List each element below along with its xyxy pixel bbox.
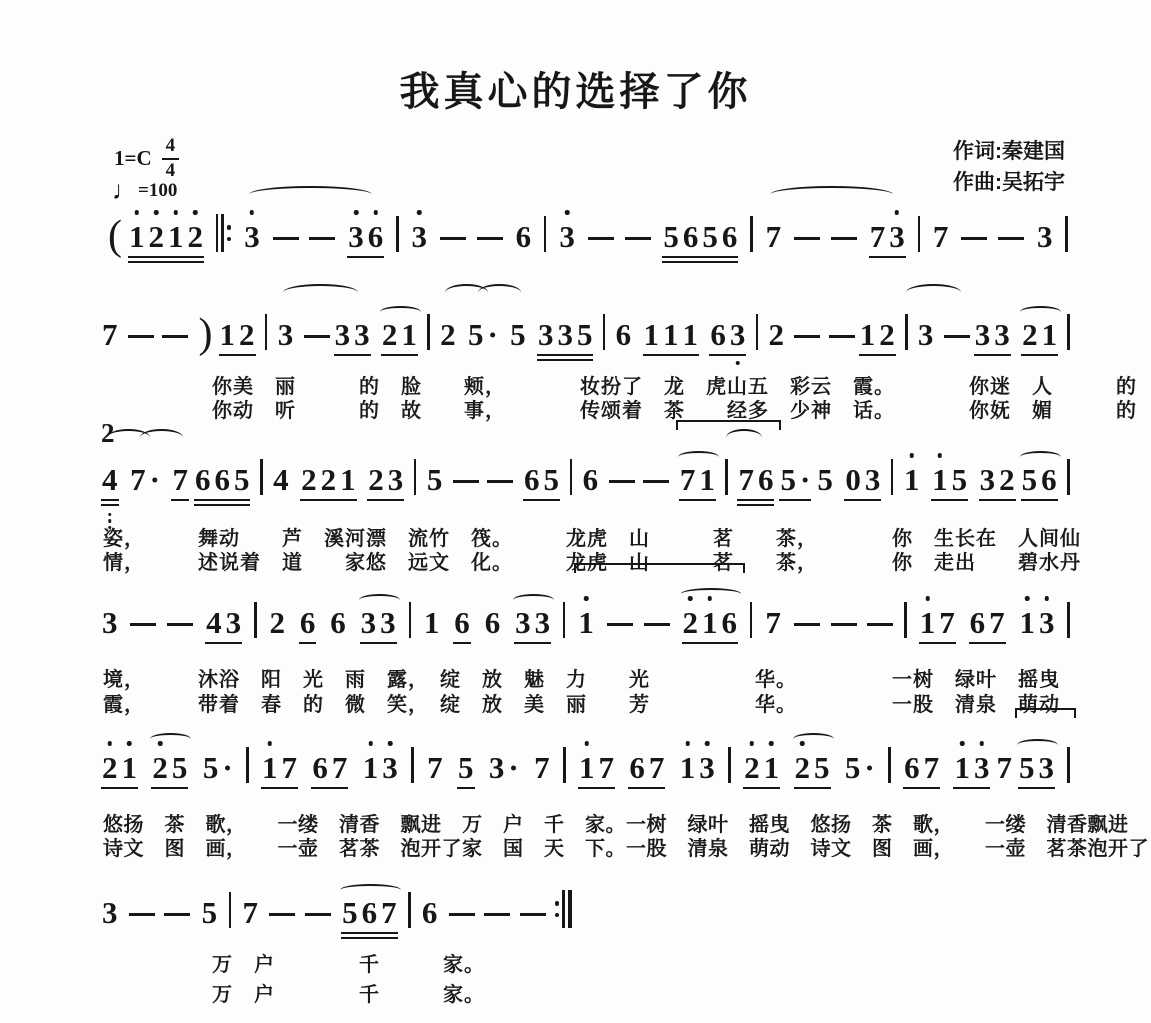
slur-arc (681, 588, 742, 600)
barline (1067, 747, 1070, 783)
octave-dot-above (267, 741, 272, 746)
dash-extension (162, 335, 188, 339)
note-group: 25 (150, 752, 189, 783)
note-group: 3 (410, 221, 430, 252)
barline (414, 459, 417, 495)
slur-arc (150, 733, 191, 745)
lyrics-verse2-line5: 万 户 千 家。 (212, 978, 485, 1007)
note-group: 21 (380, 319, 419, 350)
slur-arc (380, 306, 421, 318)
credits: 作词:秦建国 作曲:吴拓宇 (953, 136, 1065, 198)
slur-arc (513, 594, 554, 606)
slur (140, 429, 183, 446)
slur-arc (678, 451, 719, 463)
slur (478, 284, 521, 301)
dash-extension (128, 335, 154, 339)
barline (265, 314, 268, 350)
note-group: 4 (271, 464, 291, 495)
barline (750, 216, 753, 252)
note-group: 5 (815, 464, 835, 495)
slur (906, 284, 961, 301)
octave-dot-above (910, 453, 915, 458)
barline (563, 602, 566, 638)
note-group: 63 (708, 319, 747, 350)
dash-extension (167, 623, 193, 627)
note-group: 21 (100, 752, 139, 783)
barline (725, 459, 728, 495)
barline (570, 459, 573, 495)
note-group: 67 (902, 752, 941, 783)
barline (750, 602, 753, 638)
note-group: 6 (298, 607, 318, 638)
note-group: 17 (918, 607, 957, 638)
octave-dot-above (960, 741, 965, 746)
barline (891, 459, 894, 495)
octave-dot-above (584, 741, 589, 746)
repeat-begin-barline (216, 214, 232, 252)
note-group: 33 (359, 607, 398, 638)
note-group: 67 (310, 752, 349, 783)
octave-dot-above (368, 741, 373, 746)
note-group: 3 (557, 221, 577, 252)
lyricist-credit: 作词:秦建国 (953, 136, 1065, 167)
dash-extension (440, 237, 466, 241)
dash-extension (309, 237, 335, 241)
dash-extension (961, 237, 987, 241)
barline (544, 216, 547, 252)
note-group: 33 (973, 319, 1012, 350)
note-group: 3 (1035, 221, 1055, 252)
octave-dot-above (1025, 596, 1030, 601)
note-group: 2 (767, 319, 787, 350)
note-group: 1 (576, 607, 596, 638)
slur-paren: ) (197, 313, 215, 355)
note-group: 7 (425, 752, 445, 783)
note-group: 21 (742, 752, 781, 783)
dash-extension (484, 913, 510, 917)
octave-dot-above (388, 741, 393, 746)
dash-extension (449, 913, 475, 917)
note-group: 71 (678, 464, 717, 495)
dash-extension (829, 335, 855, 339)
time-signature: 4 4 (162, 136, 180, 182)
lyrics-verse2-line4: 诗文 图 画， 一壶 茗茶 泡开了家 国 天 下。一股 清泉 萌动 诗文 图 画… (103, 832, 1149, 861)
dash-extension (520, 913, 546, 917)
barline (396, 216, 399, 252)
barline (229, 892, 232, 928)
barline (254, 602, 257, 638)
note-group: 1212 (127, 221, 205, 252)
barline (728, 747, 731, 783)
note-group: 567 (340, 897, 399, 928)
key-label: 1=C (114, 146, 152, 171)
note-group: 2 (267, 607, 287, 638)
note-group: 216 (681, 607, 740, 638)
slur-arc (1020, 451, 1061, 463)
octave-dot-above (584, 596, 589, 601)
barline (427, 314, 430, 350)
octave-dot-above (373, 210, 378, 215)
note-group: 6 (452, 607, 472, 638)
note-group: 42 (100, 464, 120, 495)
note-group: 3 (242, 221, 262, 252)
barline (260, 459, 263, 495)
barline (409, 602, 412, 638)
lyrics-verse2-line3: 霞， 带着 春 的 微 笑， 绽 放 美 丽 芳 华。 一股 清泉 萌动 (103, 688, 1060, 717)
note-group: 56 (1020, 464, 1059, 495)
note-group: 7 (931, 221, 951, 252)
note-group: 7· (128, 464, 162, 495)
dash-extension (867, 623, 893, 627)
note-group: 3 (276, 319, 296, 350)
note-group: 15 (930, 464, 969, 495)
dash-extension (831, 237, 857, 241)
note-group: 6 (328, 607, 348, 638)
barline (1067, 602, 1070, 638)
note-group: 17 (260, 752, 299, 783)
note-group: 3 (100, 607, 120, 638)
note-group: 5656 (661, 221, 739, 252)
song-title: 我真心的选择了你 (0, 60, 1151, 117)
note-group: 111 (642, 319, 701, 350)
note-group: 5· (778, 464, 812, 495)
note-group: 3 (916, 319, 936, 350)
barline (918, 216, 921, 252)
note-group: 23 (366, 464, 405, 495)
barline (408, 892, 411, 928)
note-group: 36 (346, 221, 385, 252)
note-group: 12 (858, 319, 897, 350)
note-group: 5 (456, 752, 476, 783)
note-group: 1 (902, 464, 922, 495)
quarter-note-icon: ♩ (112, 176, 138, 205)
time-signature-numerator: 4 (162, 136, 180, 160)
music-line-5: 21255·176713753·717671321255·6713753 (100, 737, 1070, 783)
note-group: 67 (968, 607, 1007, 638)
octave-dot-above (154, 210, 159, 215)
note-group: 43 (204, 607, 243, 638)
octave-dot-above (750, 741, 755, 746)
dash-extension (305, 913, 331, 917)
note-group: 53 (1017, 752, 1056, 783)
octave-dot-above (174, 210, 179, 215)
barline (603, 314, 606, 350)
dash-extension (794, 335, 820, 339)
note-group: 13 (952, 752, 991, 783)
dash-extension (831, 623, 857, 627)
note-group: 65 (522, 464, 561, 495)
tuplet-bracket (1015, 708, 1076, 718)
note-group: 5· (466, 319, 500, 350)
dash-extension (794, 623, 820, 627)
note-group: 73 (868, 221, 907, 252)
slur (726, 429, 762, 446)
dash-extension (794, 237, 820, 241)
dash-extension (643, 480, 669, 484)
note-group: 6 (483, 607, 503, 638)
dash-extension (625, 237, 651, 241)
note-group: 665 (193, 464, 252, 495)
note-group: 13 (361, 752, 400, 783)
note-group: 7 (764, 221, 784, 252)
slur-arc (793, 733, 834, 745)
dash-extension (304, 335, 330, 339)
composer-credit: 作曲:吴拓宇 (953, 167, 1065, 198)
barline (905, 314, 908, 350)
dash-extension (944, 335, 970, 339)
octave-dot-above (417, 210, 422, 215)
note-group: 13 (1018, 607, 1057, 638)
note-group: 33 (513, 607, 552, 638)
slur-arc (340, 884, 401, 896)
tuplet-bracket (574, 563, 745, 573)
octave-dot-above (127, 741, 132, 746)
note-group: 1 (422, 607, 442, 638)
note-group: 7 (240, 897, 260, 928)
tuplet-bracket (676, 420, 782, 430)
note-group: 7 (763, 607, 783, 638)
repeat-end-barline (555, 890, 572, 928)
barline (888, 747, 891, 783)
note-group: 6 (614, 319, 634, 350)
octave-dot-above (250, 210, 255, 215)
barline (246, 747, 249, 783)
note-group: 7 (100, 319, 120, 350)
dash-extension (453, 480, 479, 484)
dash-extension (487, 480, 513, 484)
note-group: 335 (536, 319, 595, 350)
note-group: 5· (201, 752, 235, 783)
note-group: 3· (487, 752, 521, 783)
octave-dot-above (705, 741, 710, 746)
note-group: 33 (333, 319, 372, 350)
dash-extension (644, 623, 670, 627)
sheet-music-page: 我真心的选择了你 1=C 4 4 ♩=100 作词:秦建国 作曲:吴拓宇 (12… (0, 0, 1151, 1023)
note-group: 32 (978, 464, 1017, 495)
key-signature: 1=C 4 4 (114, 136, 179, 182)
dash-extension (273, 237, 299, 241)
slur (770, 186, 893, 203)
music-line-4: 343266331663312167176713 (100, 592, 1070, 638)
slur-arc (1020, 306, 1061, 318)
octave-dot-above (925, 596, 930, 601)
note-group: 25 (793, 752, 832, 783)
dash-extension (129, 913, 155, 917)
slur-paren: ( (106, 215, 124, 257)
note-group: 21 (1020, 319, 1059, 350)
music-line-2: 7)123332125·533561116321233321 (100, 304, 1070, 350)
note-group: 221 (299, 464, 358, 495)
note-group: 76 (736, 464, 775, 495)
note-group: 7 (170, 464, 190, 495)
dash-extension (998, 237, 1024, 241)
note-group: 7 (532, 752, 552, 783)
dash-extension (607, 623, 633, 627)
octave-dot-above (769, 741, 774, 746)
note-group: 5 (425, 464, 445, 495)
slur (283, 284, 358, 301)
note-group: 6 (420, 897, 440, 928)
note-group: 3 (100, 897, 120, 928)
octave-dot-above (135, 210, 140, 215)
lyrics-verse2-line1: 你动 听 的 故 事， 传颂着 茶 经多 少神 话。 你妩 媚 的 风 (212, 394, 1151, 423)
note-group: 6 (514, 221, 534, 252)
barline (1065, 216, 1068, 252)
dash-extension (130, 623, 156, 627)
barline (411, 747, 414, 783)
dash-extension (269, 913, 295, 917)
octave-dot-above (895, 210, 900, 215)
slur (249, 186, 372, 203)
slur-arc (359, 594, 400, 606)
tempo-value: =100 (138, 180, 177, 201)
octave-dot-above (685, 741, 690, 746)
note-group: 12 (218, 319, 257, 350)
barline (904, 602, 907, 638)
note-group: 6 (581, 464, 601, 495)
note-group: 17 (577, 752, 616, 783)
octave-dot-above (108, 741, 113, 746)
note-group: 03 (843, 464, 882, 495)
barline (756, 314, 759, 350)
octave-dot-below (735, 361, 740, 366)
dash-extension (609, 480, 635, 484)
dash-extension (477, 237, 503, 241)
octave-dot-above (1045, 596, 1050, 601)
music-line-1: (1212336363565677373 (106, 206, 1068, 252)
note-group: 2 (438, 319, 458, 350)
lyrics-verse1-line5: 万 户 千 家。 (212, 948, 485, 977)
music-line-3: 427·7665422123565671765·5031153256 (100, 449, 1070, 495)
note-group: 67 (627, 752, 666, 783)
tempo-marking: ♩=100 (112, 176, 177, 206)
octave-dot-above (979, 741, 984, 746)
barline (1067, 459, 1070, 495)
octave-dot-above (938, 453, 943, 458)
note-group: 5 (508, 319, 528, 350)
dash-extension (588, 237, 614, 241)
note-group: 5· (843, 752, 877, 783)
barline (563, 747, 566, 783)
note-group: 13 (678, 752, 717, 783)
note-group: 7 (994, 752, 1014, 783)
octave-dot-above (354, 210, 359, 215)
octave-dot-above (193, 210, 198, 215)
note-group: 5 (200, 897, 220, 928)
dash-extension (164, 913, 190, 917)
barline (1067, 314, 1070, 350)
octave-dot-above (565, 210, 570, 215)
music-line-6: 3575676 (100, 882, 572, 928)
slur-arc (1017, 739, 1058, 751)
